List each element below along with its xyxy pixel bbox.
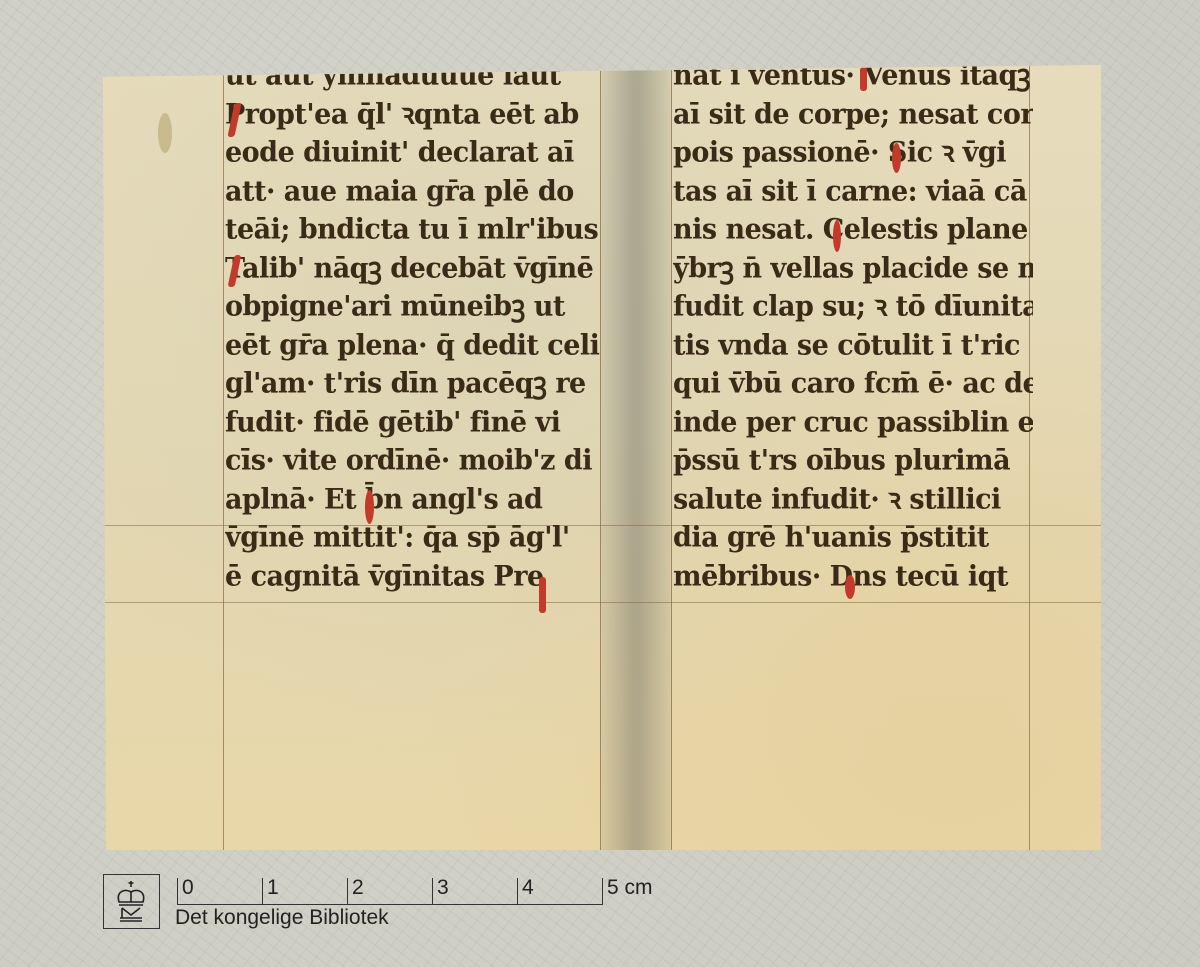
text-line: eēt gr̄a plena· q̄ dedit celi [225,326,605,366]
rubric-initial-mark [845,575,855,599]
rubric-initial-mark [892,143,901,173]
rubric-initial-mark [365,490,374,524]
ruler-tick: 1 [262,878,263,904]
text-line: ē cagnitā v̄gīnitas Pre [225,557,605,597]
institution-label: Det kongelige Bibliotek [175,906,389,930]
text-line: obpigne'ari mūneibꝫ ut [225,287,605,327]
left-column-text: ut aut ymnaduuue laut Propt'ea q̄l' ꝛqnt… [225,57,605,596]
text-line: att· aue maia gr̄a plē do [225,172,605,212]
ruler-tick: 3 [432,878,433,904]
text-line: salute infudit· ꝛ stillici [673,480,1033,520]
text-line: dia grē h'uanis p̄stitit [673,518,1033,558]
manuscript-leaf: ut aut ymnaduuue laut Propt'ea q̄l' ꝛqnt… [103,65,1101,850]
scale-bar: 0 1 2 3 4 5 cm Det kongelige Bibliotek [103,874,703,934]
stain [158,113,172,153]
text-line: aplnā· Et b̄n angl's ad [225,480,605,520]
text-line: nis nesat. Celestis plane [673,210,1033,250]
centimeter-ruler: 0 1 2 3 4 5 cm [177,878,603,905]
text-line: eode diuinit' declarat aī [225,133,605,173]
text-line: aī sit de corpe; nesat cor [673,95,1033,135]
text-line: qui v̄bū caro fcm̄ ē· ac de [673,364,1033,404]
text-line: tas aī sit ī carne: viaā cā [673,172,1033,212]
text-line: gl'am· t'ris dīn pacēqꝫ re [225,364,605,404]
text-line: p̄ssū t'rs oībus plurimā [673,441,1033,481]
text-line: inde per cruc passiblin ex [673,403,1033,443]
text-line: fudit· fidē gētib' finē vi [225,403,605,443]
ruler-tick: 2 [347,878,348,904]
rubric-initial-mark [860,67,867,91]
text-line: ut aut ymnaduuue laut [225,56,605,96]
ruling-bottom [103,602,1101,603]
text-line: cīs· vite ordīnē· moib'z di [225,441,605,481]
text-line: tis vnda se cōtulit ī t'ric [673,326,1033,366]
royal-crown-logo-icon [103,874,160,929]
text-line: ȳbrꝫ n̄ vellas placide se m [673,249,1033,289]
ruler-tick: 0 [177,878,178,904]
right-column-text: nat i ventus· Venus itaqꝫ aī sit de corp… [673,57,1033,596]
text-line: Talib' nāqꝫ decebāt v̄gīnē [225,249,605,289]
text-line: fudit clap su; ꝛ tō dīunita [673,287,1033,327]
ruling-left-outer [223,65,224,850]
text-line: Propt'ea q̄l' ꝛqnta eēt ab [225,95,605,135]
rubric-initial-mark [833,220,841,252]
text-line: pois passionē· Sic ꝛ v̄gi [673,133,1033,173]
ruler-tick: 4 [517,878,518,904]
center-fold [600,65,672,850]
text-line: v̄gīnē mittit': q̄a sp̄ āg'l' [225,518,605,558]
rubric-initial-mark [539,577,546,613]
ruler-tick-end: 5 cm [602,878,603,904]
text-line: nat i ventus· Venus itaqꝫ [673,56,1033,96]
text-line: teāi; bndicta tu ī mlr'ibus [225,210,605,250]
ruling-right-inner [671,65,672,850]
